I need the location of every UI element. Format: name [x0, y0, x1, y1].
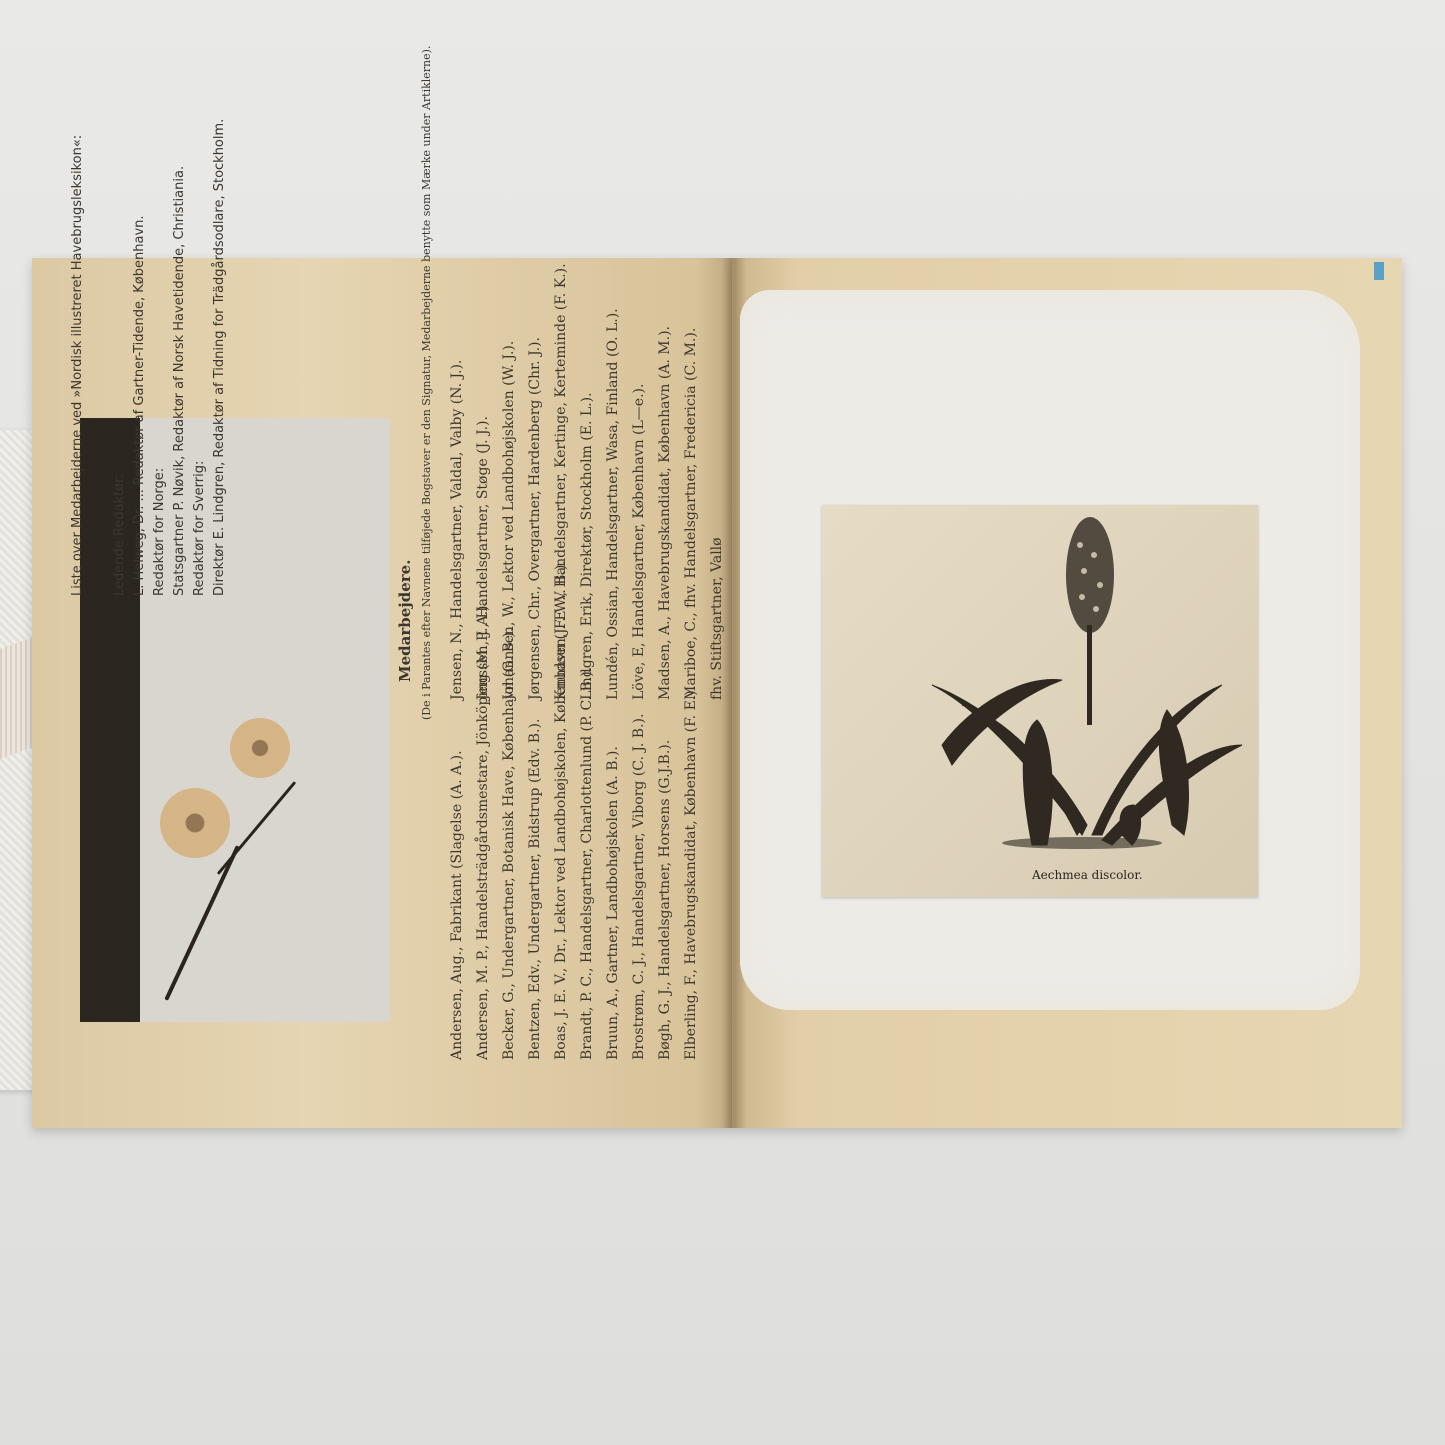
contributor-entry: Elberling, F., Havebrugskandidat, Københ… [684, 686, 698, 1060]
collage-line: Redaktør for Sverrig: [192, 461, 207, 596]
pressed-flower-icon [230, 718, 290, 778]
contributor-entry: Andersen, Aug., Fabrikant (Slagelse (A. … [450, 750, 464, 1060]
collage-line: Ledende Redaktør: [112, 473, 127, 596]
contributor-entry: Mariboe, C., fhv. Handelsgartner, Freder… [684, 328, 698, 700]
illustration-caption: Aechmea discolor. [1032, 868, 1143, 882]
contributor-entry: Löve, E, Handelsgartner, København (L—e.… [632, 384, 646, 700]
dark-torn-paper [80, 418, 140, 1022]
article-heading: Medarbejdere. [398, 560, 412, 682]
contributor-entry: Knudsen, F. W., Handelsgartner, Kertinge… [554, 263, 568, 700]
contributor-entry: Lundén, Ossian, Handelsgartner, Wasa, Fi… [606, 308, 620, 700]
contributor-entry: fhv. Stiftsgartner, Vallø [710, 537, 724, 700]
contributor-entry: Lindgren, Erik, Direktør, Stockholm (E. … [580, 392, 594, 700]
collage-line: Direktør E. Lindgren, Redaktør af Tidnin… [212, 119, 227, 596]
contributor-entry: Jensen, N., Handelsgartner, Valdal, Valb… [450, 360, 464, 700]
contributor-entry: Johannsen, W., Lektor ved Landbohøjskole… [502, 341, 516, 700]
flower-stem [164, 845, 239, 1001]
plant-engraving-icon [822, 505, 1258, 897]
blue-tab [1374, 262, 1384, 280]
pressed-flower-icon [160, 788, 230, 858]
article-medarbejdere: Medarbejdere. (De i Parantes efter Navne… [390, 360, 720, 1060]
contributor-entry: Madsen, A., Havebrugskandidat, København… [658, 326, 672, 700]
contributor-entry: Bruun, A., Gartner, Landbohøjskolen (A. … [606, 746, 620, 1060]
contributor-entry: Brandt, P. C., Handelsgartner, Charlotte… [580, 667, 594, 1060]
illustration-clipping: Aechmea discolor. [822, 505, 1258, 897]
article-intro: (De i Parantes efter Navnene tilføjede B… [420, 46, 434, 720]
collage-line: L. Helweg, Dr. ... Redaktør af Gartner-T… [132, 215, 147, 596]
contributor-entry: Bøgh, G. J., Handelsgartner, Horsens (G.… [658, 740, 672, 1060]
contributor-entry: Brostrøm, C. J., Handelsgartner, Viborg … [632, 714, 646, 1060]
collage-line: Redaktør for Norge: [152, 468, 167, 596]
collage-line: Liste over Medarbejderne ved »Nordisk il… [70, 135, 85, 596]
contributor-entry: Jørgensen, Chr., Overgartner, Hardenberg… [528, 337, 542, 700]
collage-line: Statsgartner P. Nøvik, Redaktør af Norsk… [172, 166, 187, 596]
contributor-entry: Jenssen, J., Handelsgartner, Støge (J. J… [476, 416, 490, 700]
contributor-entry: Bentzen, Edv., Undergartner, Bidstrup (E… [528, 719, 542, 1060]
